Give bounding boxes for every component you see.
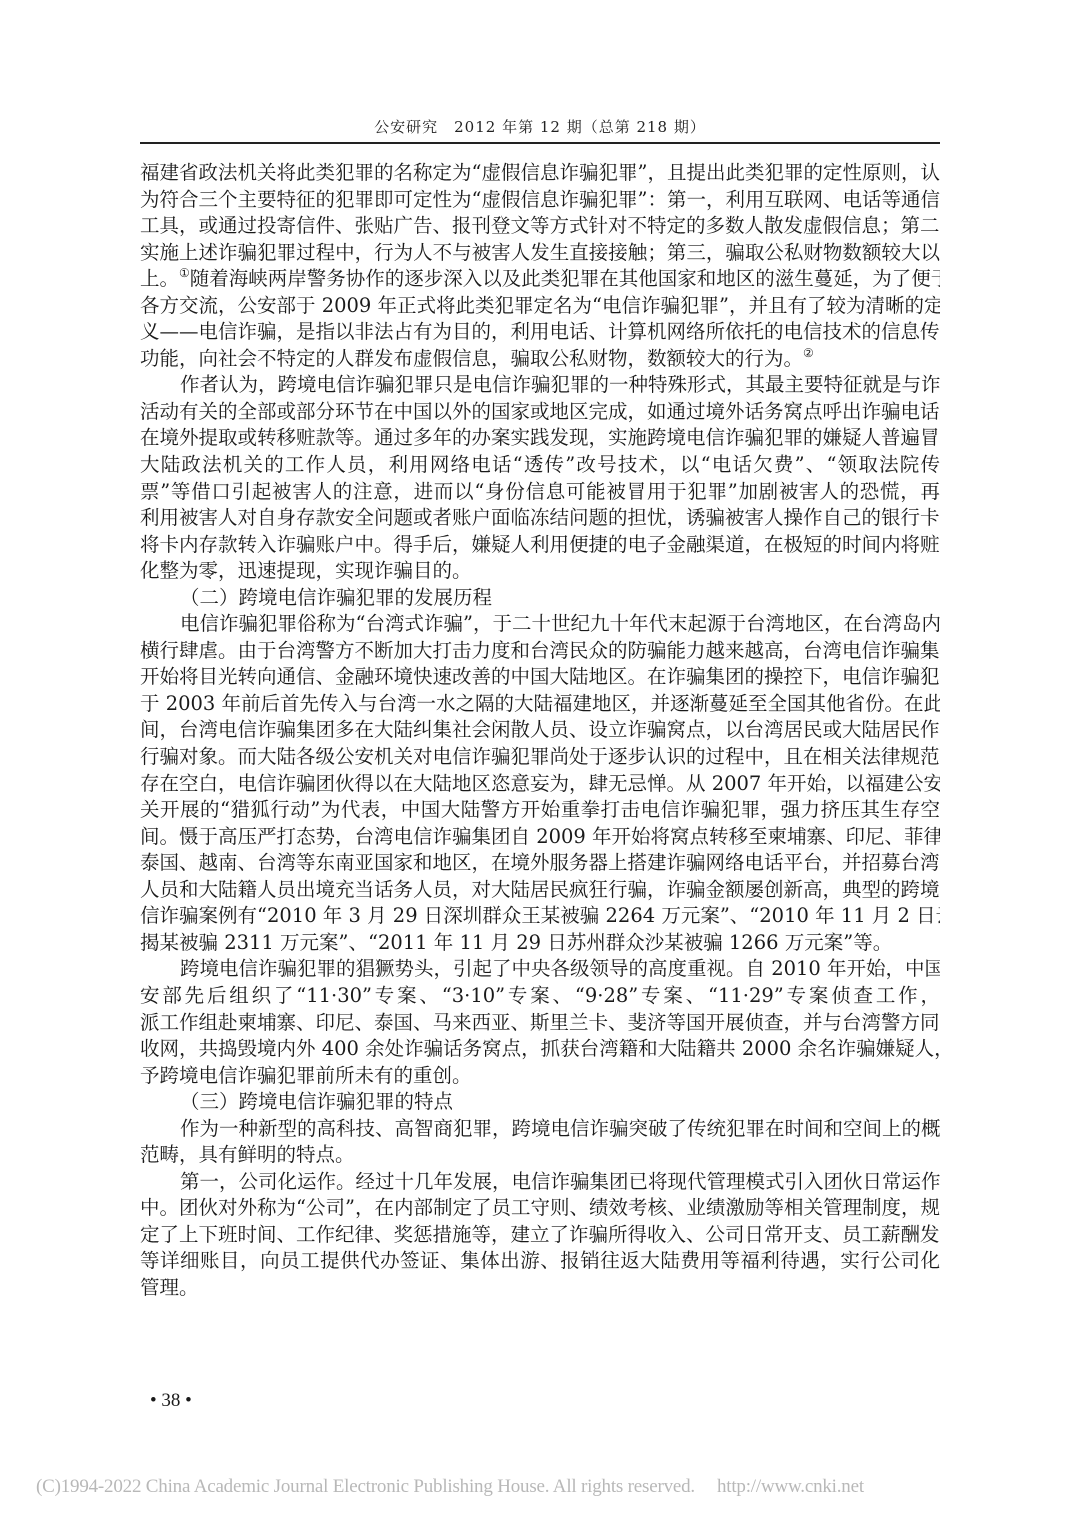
text-line: 第一，公司化运作。经过十几年发展，电信诈骗集团已将现代管理模式引入团伙日常运作 (140, 1169, 940, 1196)
footer-url[interactable]: http://www.cnki.net (717, 1476, 864, 1497)
text-line: 存在空白，电信诈骗团伙得以在大陆地区恣意妄为，肆无忌惮。从 2007 年开始，以… (140, 771, 940, 798)
text-line: 票”等借口引起被害人的注意，进而以“身份信息可能被冒用于犯罪”加剧被害人的恐慌，… (140, 479, 940, 506)
text-line: 等详细账目，向员工提供代办签证、集体出游、报销往返大陆费用等福利待遇，实行公司化 (140, 1248, 940, 1275)
text-line: 间，台湾电信诈骗集团多在大陆纠集社会闲散人员、设立诈骗窝点，以台湾居民或大陆居民… (140, 717, 940, 744)
text-line: 各方交流，公安部于 2009 年正式将此类犯罪定名为“电信诈骗犯罪”，并且有了较… (140, 293, 940, 320)
text-line: 中。团伙对外称为“公司”，在内部制定了员工守则、绩效考核、业绩激励等相关管理制度… (140, 1195, 940, 1222)
text-line: 作为一种新型的高科技、高智商犯罪，跨境电信诈骗突破了传统犯罪在时间和空间上的概念 (140, 1116, 940, 1143)
paragraph: 电信诈骗犯罪俗称为“台湾式诈骗”，于二十世纪九十年代末起源于台湾地区，在台湾岛内… (140, 611, 940, 956)
text-line: 工具，或通过投寄信件、张贴广告、报刊登文等方式针对不特定的多数人散发虚假信息；第… (140, 213, 940, 240)
text-line: 泰国、越南、台湾等东南亚国家和地区，在境外服务器上搭建诈骗网络电话平台，并招募台… (140, 850, 940, 877)
page-number: • 38 • (150, 1390, 192, 1412)
header-rule (140, 142, 940, 144)
running-header: 公安研究 2012 年第 12 期（总第 218 期） (140, 116, 940, 137)
paragraph: 作为一种新型的高科技、高智商犯罪，跨境电信诈骗突破了传统犯罪在时间和空间上的概念… (140, 1116, 940, 1169)
text-line: 范畴，具有鲜明的特点。 (140, 1142, 940, 1169)
text-line: 于 2003 年前后首先传入与台湾一水之隔的大陆福建地区，并逐渐蔓延至全国其他省… (140, 691, 940, 718)
text-line: 安部先后组织了“11·30”专案、“3·10”专案、“9·28”专案、“11·2… (140, 983, 940, 1010)
text-line: 作者认为，跨境电信诈骗犯罪只是电信诈骗犯罪的一种特殊形式，其最主要特征就是与诈骗 (140, 372, 940, 399)
text-line: 跨境电信诈骗犯罪的猖獗势头，引起了中央各级领导的高度重视。自 2010 年开始，… (140, 956, 940, 983)
text-line: 利用被害人对自身存款安全问题或者账户面临冻结问题的担忧，诱骗被害人操作自己的银行… (140, 505, 940, 532)
heading-text: （二）跨境电信诈骗犯罪的发展历程 (140, 585, 940, 612)
text-line: 派工作组赴柬埔寨、印尼、泰国、马来西亚、斯里兰卡、斐济等国开展侦查，并与台湾警方… (140, 1010, 940, 1037)
text-line: 间。慑于高压严打态势，台湾电信诈骗集团自 2009 年开始将窝点转移至柬埔寨、印… (140, 824, 940, 851)
text-line: 信诈骗案例有“2010 年 3 月 29 日深圳群众王某被骗 2264 万元案”… (140, 903, 940, 930)
paragraph: 第一，公司化运作。经过十几年发展，电信诈骗集团已将现代管理模式引入团伙日常运作中… (140, 1169, 940, 1302)
text-line: 大陆政法机关的工作人员，利用网络电话“透传”改号技术，以“电话欠费”、“领取法院… (140, 452, 940, 479)
paragraph: 福建省政法机关将此类犯罪的名称定为“虚假信息诈骗犯罪”，且提出此类犯罪的定性原则… (140, 160, 940, 372)
footnote-marker[interactable]: ② (803, 346, 814, 360)
text-line: 行骗对象。而大陆各级公安机关对电信诈骗犯罪尚处于逐步认识的过程中，且在相关法律规… (140, 744, 940, 771)
text-line: 收网，共捣毁境内外 400 余处诈骗话务窝点，抓获台湾籍和大陆籍共 2000 余… (140, 1036, 940, 1063)
section-heading: （三）跨境电信诈骗犯罪的特点 (140, 1089, 940, 1116)
text-line: 活动有关的全部或部分环节在中国以外的国家或地区完成，如通过境外话务窝点呼出诈骗电… (140, 399, 940, 426)
text-line: 为符合三个主要特征的犯罪即可定性为“虚假信息诈骗犯罪”：第一，利用互联网、电话等… (140, 187, 940, 214)
copyright-text: (C)1994-2022 China Academic Journal Elec… (36, 1476, 695, 1497)
text-line: 在境外提取或转移赃款等。通过多年的办案实践发现，实施跨境电信诈骗犯罪的嫌疑人普遍… (140, 425, 940, 452)
text-line: 横行肆虐。由于台湾警方不断加大打击力度和台湾民众的防骗能力越来越高，台湾电信诈骗… (140, 638, 940, 665)
text-line: 义——电信诈骗，是指以非法占有为目的，利用电话、计算机网络所依托的电信技术的信息… (140, 319, 940, 346)
text-line: 予跨境电信诈骗犯罪前所未有的重创。 (140, 1063, 940, 1090)
text-line: 关开展的“猎狐行动”为代表，中国大陆警方开始重拳打击电信诈骗犯罪，强力挤压其生存… (140, 797, 940, 824)
text-line: 管理。 (140, 1275, 940, 1302)
text-line: 电信诈骗犯罪俗称为“台湾式诈骗”，于二十世纪九十年代末起源于台湾地区，在台湾岛内 (140, 611, 940, 638)
text-line: 定了上下班时间、工作纪律、奖惩措施等，建立了诈骗所得收入、公司日常开支、员工薪酬… (140, 1222, 940, 1249)
text-line: 福建省政法机关将此类犯罪的名称定为“虚假信息诈骗犯罪”，且提出此类犯罪的定性原则… (140, 160, 940, 187)
text-line: 揭某被骗 2311 万元案”、“2011 年 11 月 29 日苏州群众沙某被骗… (140, 930, 940, 957)
text-line: 化整为零，迅速提现，实现诈骗目的。 (140, 558, 940, 585)
heading-text: （三）跨境电信诈骗犯罪的特点 (140, 1089, 940, 1116)
text-line: 开始将目光转向通信、金融环境快速改善的中国大陆地区。在诈骗集团的操控下，电信诈骗… (140, 664, 940, 691)
paragraph: 跨境电信诈骗犯罪的猖獗势头，引起了中央各级领导的高度重视。自 2010 年开始，… (140, 956, 940, 1089)
text-line: 将卡内存款转入诈骗账户中。得手后，嫌疑人利用便捷的电子金融渠道，在极短的时间内将… (140, 532, 940, 559)
copyright-footer: (C)1994-2022 China Academic Journal Elec… (36, 1476, 864, 1498)
text-line: 功能，向社会不特定的人群发布虚假信息，骗取公私财物，数额较大的行为。② (140, 346, 940, 373)
text-line: 实施上述诈骗犯罪过程中，行为人不与被害人发生直接接触；第三，骗取公私财物数额较大… (140, 240, 940, 267)
paragraph: 作者认为，跨境电信诈骗犯罪只是电信诈骗犯罪的一种特殊形式，其最主要特征就是与诈骗… (140, 372, 940, 584)
article-body: 福建省政法机关将此类犯罪的名称定为“虚假信息诈骗犯罪”，且提出此类犯罪的定性原则… (140, 160, 940, 1302)
text-line: 上。①随着海峡两岸警务协作的逐步深入以及此类犯罪在其他国家和地区的滋生蔓延，为了… (140, 266, 940, 293)
section-heading: （二）跨境电信诈骗犯罪的发展历程 (140, 585, 940, 612)
text-line: 人员和大陆籍人员出境充当话务人员，对大陆居民疯狂行骗，诈骗金额屡创新高，典型的跨… (140, 877, 940, 904)
footnote-marker[interactable]: ① (179, 266, 190, 280)
